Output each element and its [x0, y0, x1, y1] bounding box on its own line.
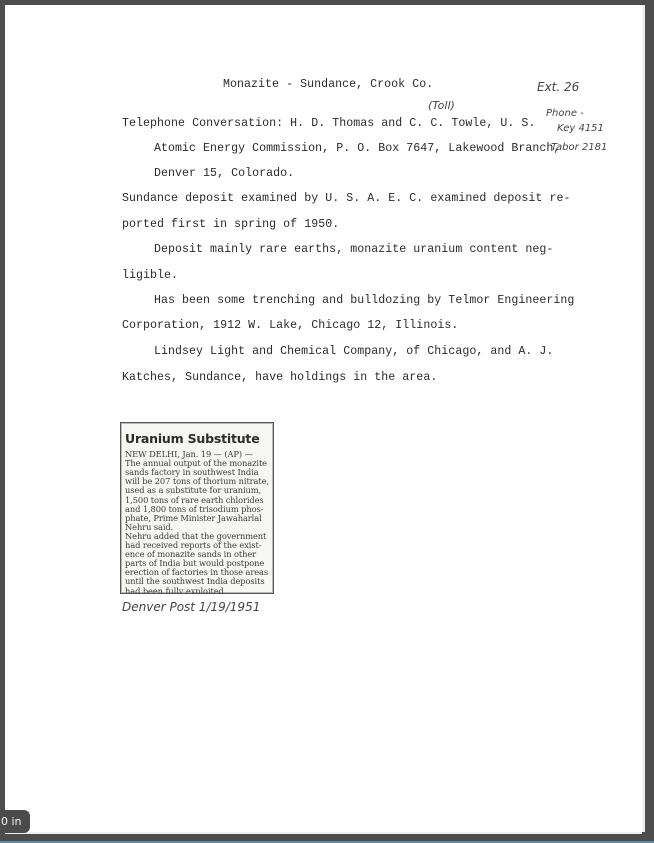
typed-line: Corporation, 1912 W. Lake, Chicago 12, I…: [122, 319, 458, 332]
typed-line: Katches, Sundance, have holdings in the …: [122, 371, 437, 384]
typed-line: Has been some trenching and bulldozing b…: [154, 294, 574, 307]
document-page: Monazite - Sundance, Crook Co. (Toll) Ex…: [5, 5, 642, 832]
typed-line: Denver 15, Colorado.: [154, 167, 294, 180]
handwritten-phone-label: Phone -: [546, 108, 584, 119]
typed-line: Sundance deposit examined by U. S. A. E.…: [122, 192, 570, 205]
newspaper-clipping: Uranium Substitute NEW DELHI, Jan. 19 — …: [120, 422, 274, 594]
typed-line: ported first in spring of 1950.: [122, 218, 339, 231]
typed-line: ligible.: [122, 269, 178, 282]
typed-line: Telephone Conversation: H. D. Thomas and…: [122, 117, 535, 130]
handwritten-toll-note: (Toll): [428, 99, 455, 112]
document-title: Monazite - Sundance, Crook Co.: [223, 78, 433, 91]
clipping-headline: Uranium Substitute: [125, 431, 260, 446]
clipping-line: had been fully exploited.: [125, 586, 226, 595]
handwritten-source-note: Denver Post 1/19/1951: [122, 600, 260, 614]
typed-line: Deposit mainly rare earths, monazite ura…: [154, 243, 553, 256]
handwritten-ext-note: Ext. 26: [537, 80, 579, 94]
zoom-level-badge: 0 in: [0, 810, 30, 833]
typed-line: Lindsey Light and Chemical Company, of C…: [154, 345, 553, 358]
handwritten-phone-number: Key 4151: [557, 123, 604, 134]
typed-line: Atomic Energy Commission, P. O. Box 7647…: [154, 142, 560, 155]
